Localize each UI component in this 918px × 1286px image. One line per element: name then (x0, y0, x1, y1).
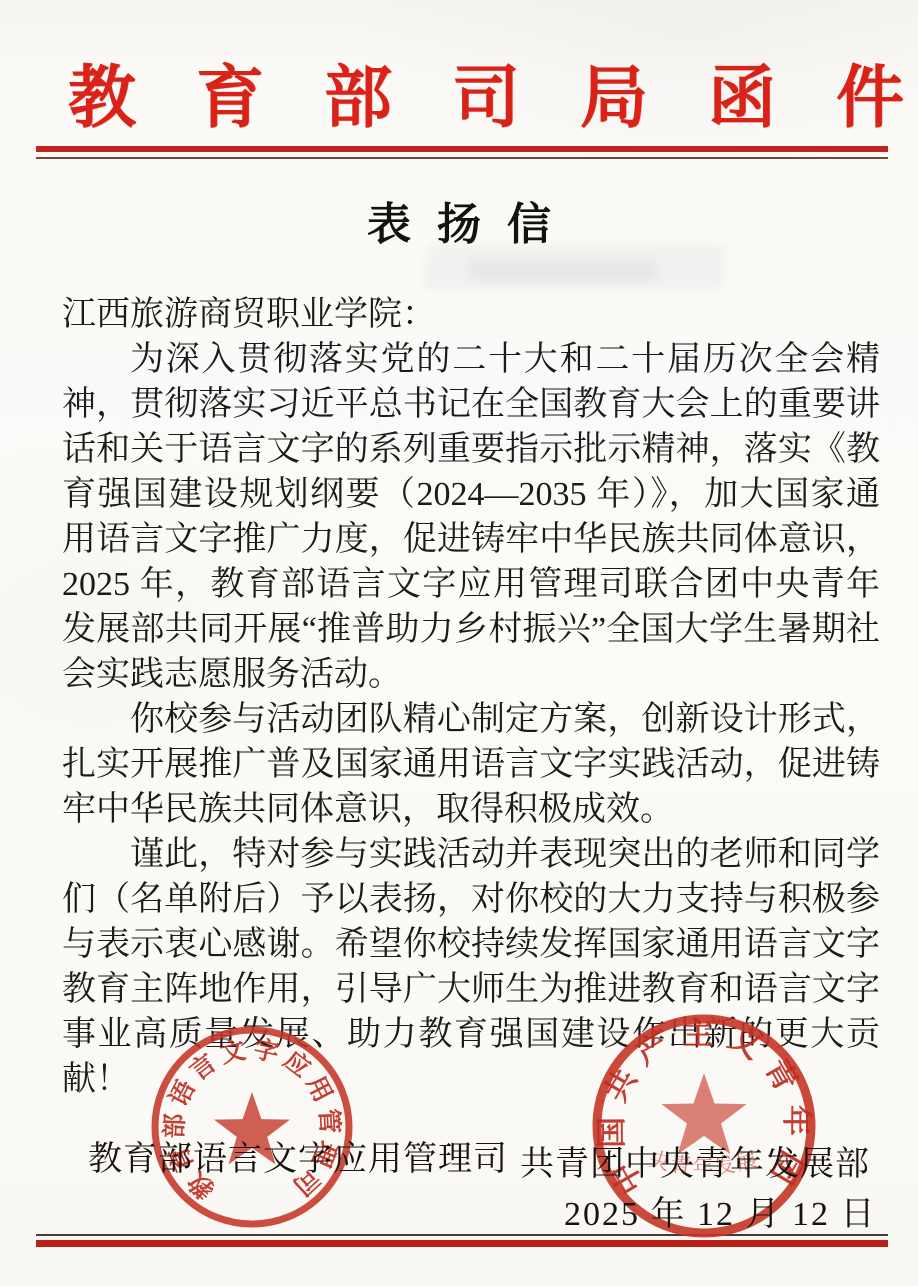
scanned-letter-page: 教育部司局函件 表扬信 江西旅游商贸职业学院： 为深入贯彻落实党的二十大和二十届… (0, 0, 918, 1286)
body-paragraph: 你校参与活动团队精心制定方案，创新设计形式，扎实开展推广普及国家通用语言文字实践… (62, 697, 880, 832)
letterhead-title: 教育部司局函件 (68, 44, 918, 141)
signature-date: 2025 年 12 月 12 日 (564, 1186, 877, 1235)
letter-body: 江西旅游商贸职业学院： 为深入贯彻落实党的二十大和二十届历次全会精神，贯彻落实习… (62, 292, 880, 1102)
signature-right-org: 共青团中央青年发展部 (520, 1136, 870, 1185)
header-rule-thick (36, 146, 888, 152)
seal-left: 教育部语言文字应用管理司 (140, 1024, 364, 1236)
document-title: 表扬信 (0, 188, 918, 252)
salutation: 江西旅游商贸职业学院： (62, 292, 880, 337)
body-paragraph: 为深入贯彻落实党的二十大和二十届历次全会精神，贯彻落实习近平总书记在全国教育大会… (62, 337, 880, 697)
signature-left-org: 教育部语言文字应用管理司 (88, 1131, 508, 1180)
bleedthrough-smudge (468, 258, 658, 282)
header-rule-thin (36, 157, 888, 159)
